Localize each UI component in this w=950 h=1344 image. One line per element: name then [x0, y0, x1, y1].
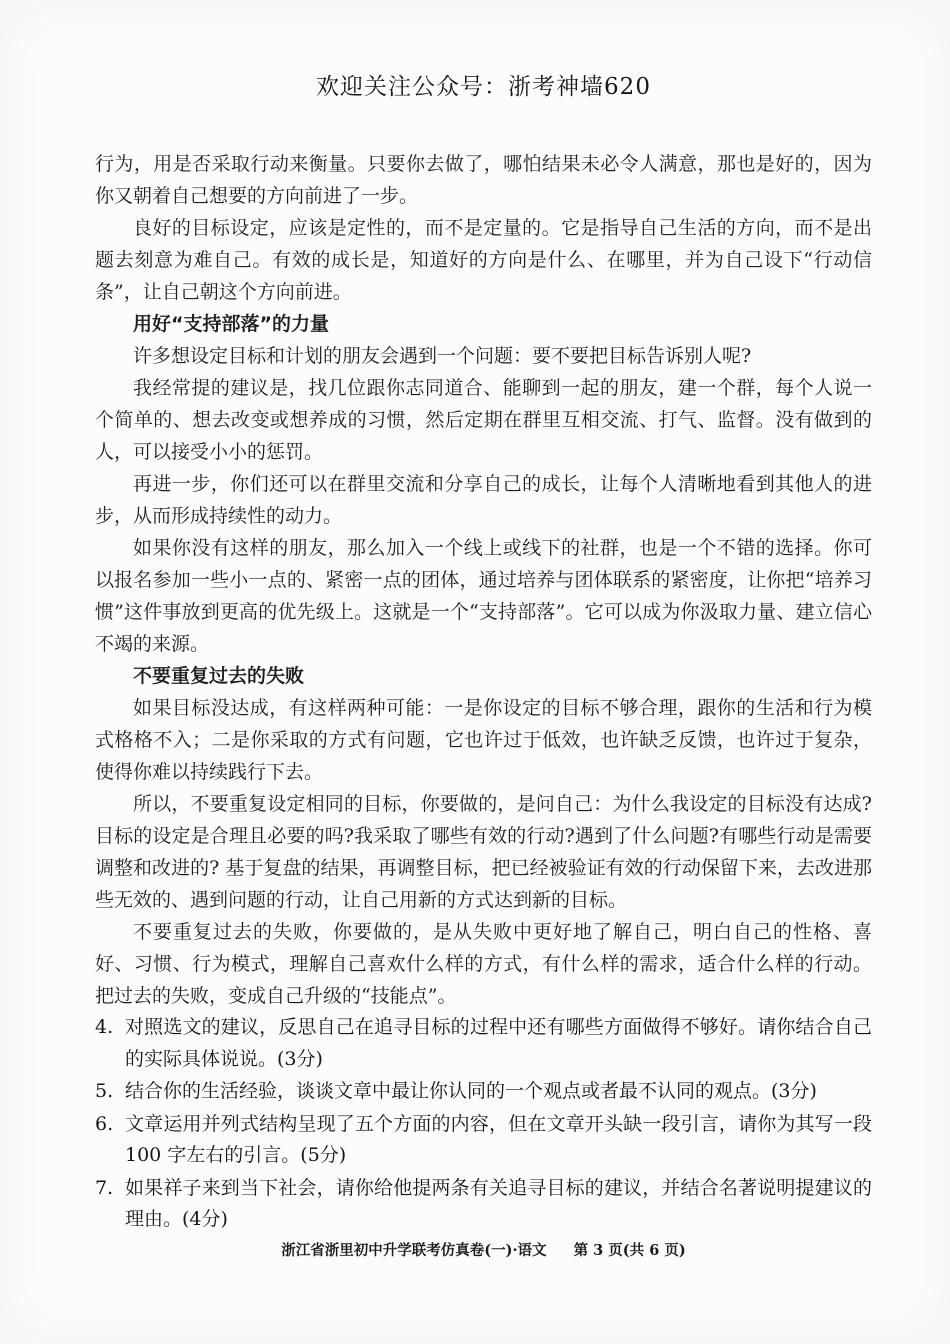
article-paragraph: 如果目标没达成，有这样两种可能：一是你设定的目标不够合理，跟你的生活和行为模式格… — [95, 692, 872, 788]
question-text: 对照选文的建议，反思自己在追寻目标的过程中还有哪些方面做得不够好。请你结合自己的… — [125, 1016, 872, 1070]
section-heading: 用好“支持部落”的力量 — [95, 308, 872, 340]
article-paragraph: 所以，不要重复设定相同的目标，你要做的，是问自己：为什么我设定的目标没有达成? … — [95, 788, 872, 916]
question-number: 5. — [95, 1076, 121, 1108]
article-paragraph: 我经常提的建议是，找几位跟你志同道合、能聊到一起的朋友，建一个群，每个人说一个简… — [95, 372, 872, 468]
question-item: 7.如果祥子来到当下社会，请你给他提两条有关追寻目标的建议，并结合名著说明提建议… — [95, 1173, 872, 1236]
document-page: 欢迎关注公众号：浙考神墙620 行为，用是否采取行动来衡量。只要你去做了，哪怕结… — [0, 0, 950, 1344]
question-text: 文章运用并列式结构呈现了五个方面的内容，但在文章开头缺一段引言，请你为其写一段 … — [125, 1113, 872, 1167]
footer-page-number: 第 3 页(共 6 页) — [574, 1242, 686, 1259]
question-text: 结合你的生活经验，谈谈文章中最让你认同的一个观点或者最不认同的观点。(3分) — [125, 1080, 817, 1102]
question-number: 6. — [95, 1109, 121, 1141]
article-paragraph: 许多想设定目标和计划的朋友会遇到一个问题：要不要把目标告诉别人呢? — [95, 340, 872, 372]
section-heading: 不要重复过去的失败 — [95, 660, 872, 692]
questions-list: 4.对照选文的建议，反思自己在追寻目标的过程中还有哪些方面做得不够好。请你结合自… — [95, 1012, 872, 1236]
question-number: 7. — [95, 1173, 121, 1205]
question-item: 4.对照选文的建议，反思自己在追寻目标的过程中还有哪些方面做得不够好。请你结合自… — [95, 1012, 872, 1075]
article-paragraph: 行为，用是否采取行动来衡量。只要你去做了，哪怕结果未必令人满意，那也是好的，因为… — [95, 148, 872, 212]
footer-exam-title: 浙江省浙里初中升学联考仿真卷(一)·语文 — [281, 1242, 546, 1259]
article-paragraph: 如果你没有这样的朋友，那么加入一个线上或线下的社群，也是一个不错的选择。你可以报… — [95, 532, 872, 660]
question-item: 6.文章运用并列式结构呈现了五个方面的内容，但在文章开头缺一段引言，请你为其写一… — [95, 1109, 872, 1172]
page-footer: 浙江省浙里初中升学联考仿真卷(一)·语文 第 3 页(共 6 页) — [95, 1240, 872, 1262]
page-header-title: 欢迎关注公众号：浙考神墙620 — [95, 72, 872, 102]
question-text: 如果祥子来到当下社会，请你给他提两条有关追寻目标的建议，并结合名著说明提建议的理… — [125, 1177, 872, 1231]
question-number: 4. — [95, 1012, 121, 1044]
article-paragraph: 良好的目标设定，应该是定性的，而不是定量的。它是指导自己生活的方向，而不是出题去… — [95, 212, 872, 308]
article-paragraph: 不要重复过去的失败，你要做的，是从失败中更好地了解自己，明白自己的性格、喜好、习… — [95, 916, 872, 1012]
article-body: 行为，用是否采取行动来衡量。只要你去做了，哪怕结果未必令人满意，那也是好的，因为… — [95, 148, 872, 1012]
article-paragraph: 再进一步，你们还可以在群里交流和分享自己的成长，让每个人清晰地看到其他人的进步，… — [95, 468, 872, 532]
question-item: 5.结合你的生活经验，谈谈文章中最让你认同的一个观点或者最不认同的观点。(3分) — [95, 1076, 872, 1108]
